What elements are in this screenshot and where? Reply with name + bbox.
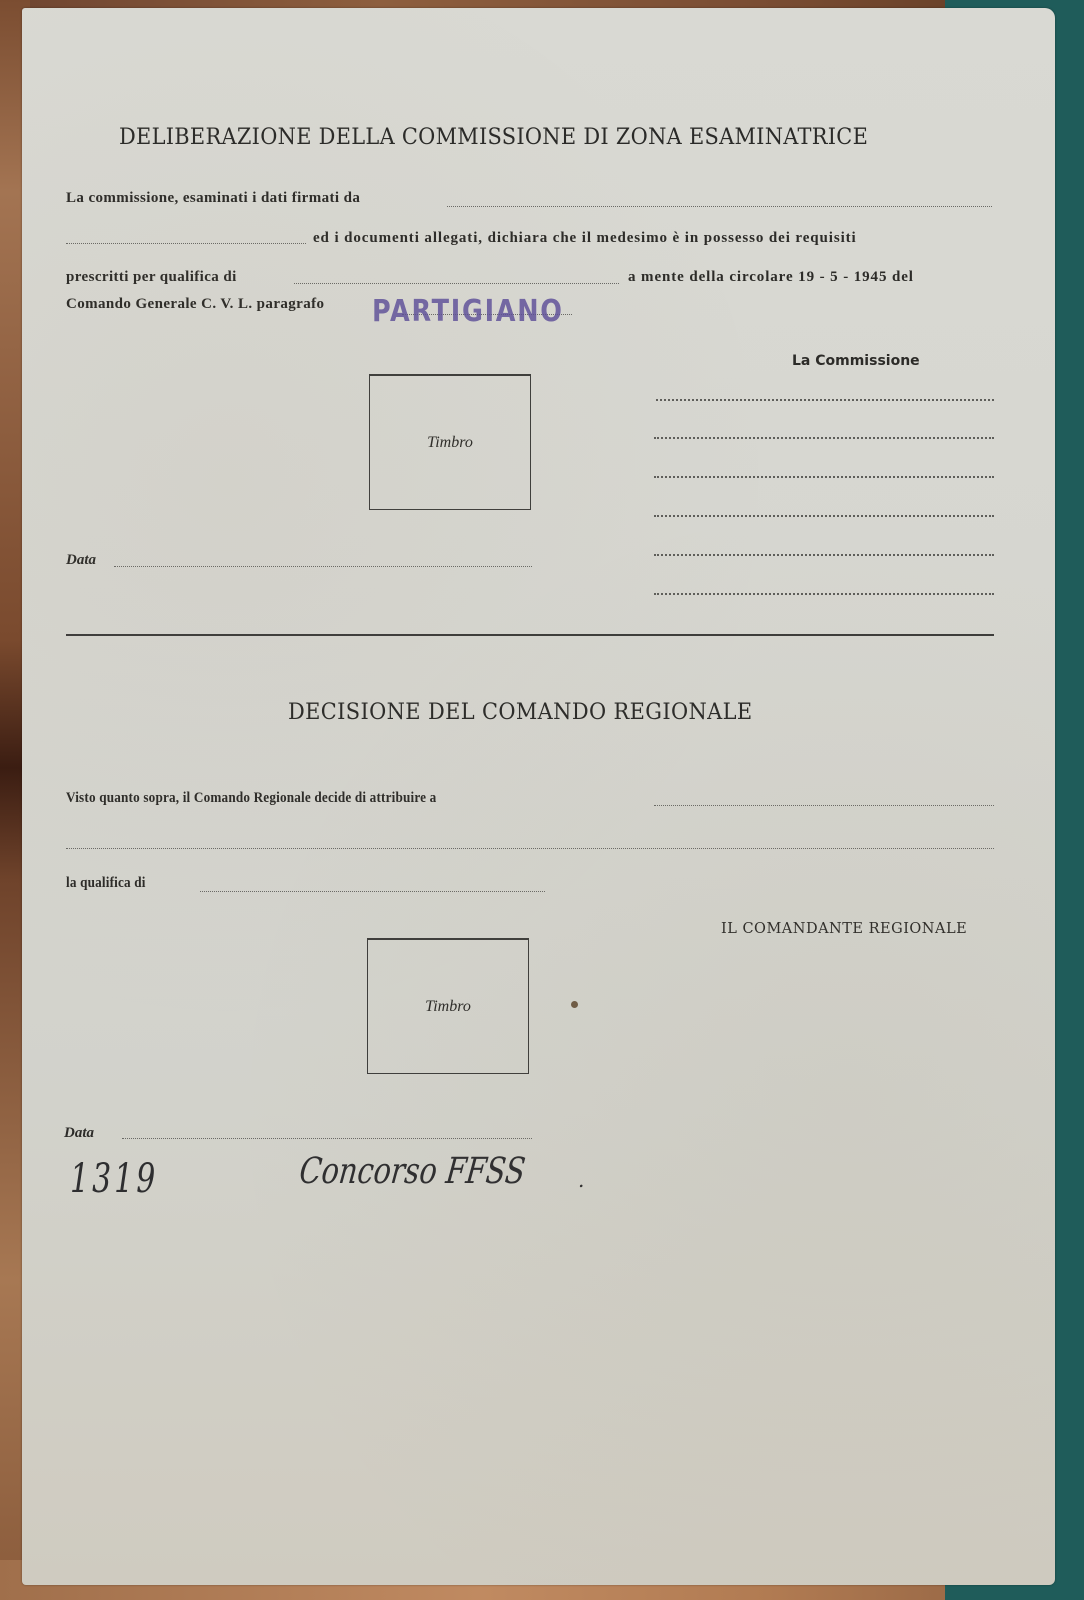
section-divider (66, 634, 994, 636)
timbro-label-regional: Timbro (425, 998, 471, 1016)
commission-signature-line-5[interactable] (654, 554, 994, 556)
section1-line2-text: ed i documenti allegati, dichiara che il… (313, 230, 857, 247)
section1-line3-text-b: a mente della circolare 19 - 5 - 1945 de… (628, 269, 914, 286)
commission-signature-line-2[interactable] (654, 437, 994, 439)
section2-line3-text: la qualifica di (66, 875, 146, 892)
signed-by-continuation-field[interactable] (66, 243, 306, 244)
handwritten-number: 1319 (70, 1156, 158, 1202)
timbro-label: Timbro (427, 434, 473, 452)
document-page: DELIBERAZIONE DELLA COMMISSIONE DI ZONA … (22, 8, 1055, 1585)
section1-line4-text: Comando Generale C. V. L. paragrafo (66, 296, 324, 313)
date-label-regional: Data (64, 1125, 94, 1142)
commission-signature-line-6[interactable] (654, 593, 994, 595)
qualification-field[interactable] (294, 283, 619, 284)
commission-signature-line-3[interactable] (654, 476, 994, 478)
section1-title: DELIBERAZIONE DELLA COMMISSIONE DI ZONA … (119, 125, 868, 150)
date-label-commission: Data (66, 552, 96, 569)
assigned-to-continuation-field[interactable] (66, 848, 994, 849)
date-field-regional[interactable] (122, 1138, 532, 1139)
commission-label: La Commissione (792, 353, 920, 369)
stamp-box-regional[interactable]: Timbro (367, 938, 529, 1074)
section1-line1-text: La commissione, esaminati i dati firmati… (66, 190, 360, 207)
commander-label: IL COMANDANTE REGIONALE (721, 921, 967, 937)
assigned-to-field[interactable] (654, 805, 994, 806)
signed-by-field[interactable] (447, 206, 992, 207)
section2-line1-text: Visto quanto sopra, il Comando Regionale… (66, 790, 436, 807)
paper-speck (571, 1001, 578, 1008)
section1-line3-text-a: prescritti per qualifica di (66, 269, 237, 286)
qualification-field-regional[interactable] (200, 891, 545, 892)
stamp-box-commission[interactable]: Timbro (369, 374, 531, 510)
section2-title: DECISIONE DEL COMANDO REGIONALE (288, 700, 753, 725)
commission-signature-line-4[interactable] (654, 515, 994, 517)
handwritten-note: Concorso FFSS (297, 1151, 527, 1192)
date-field-commission[interactable] (114, 566, 532, 567)
partigiano-stamp: PARTIGIANO (372, 294, 564, 329)
handwritten-dot: . (578, 1168, 584, 1192)
commission-signature-line-1[interactable] (656, 399, 994, 401)
